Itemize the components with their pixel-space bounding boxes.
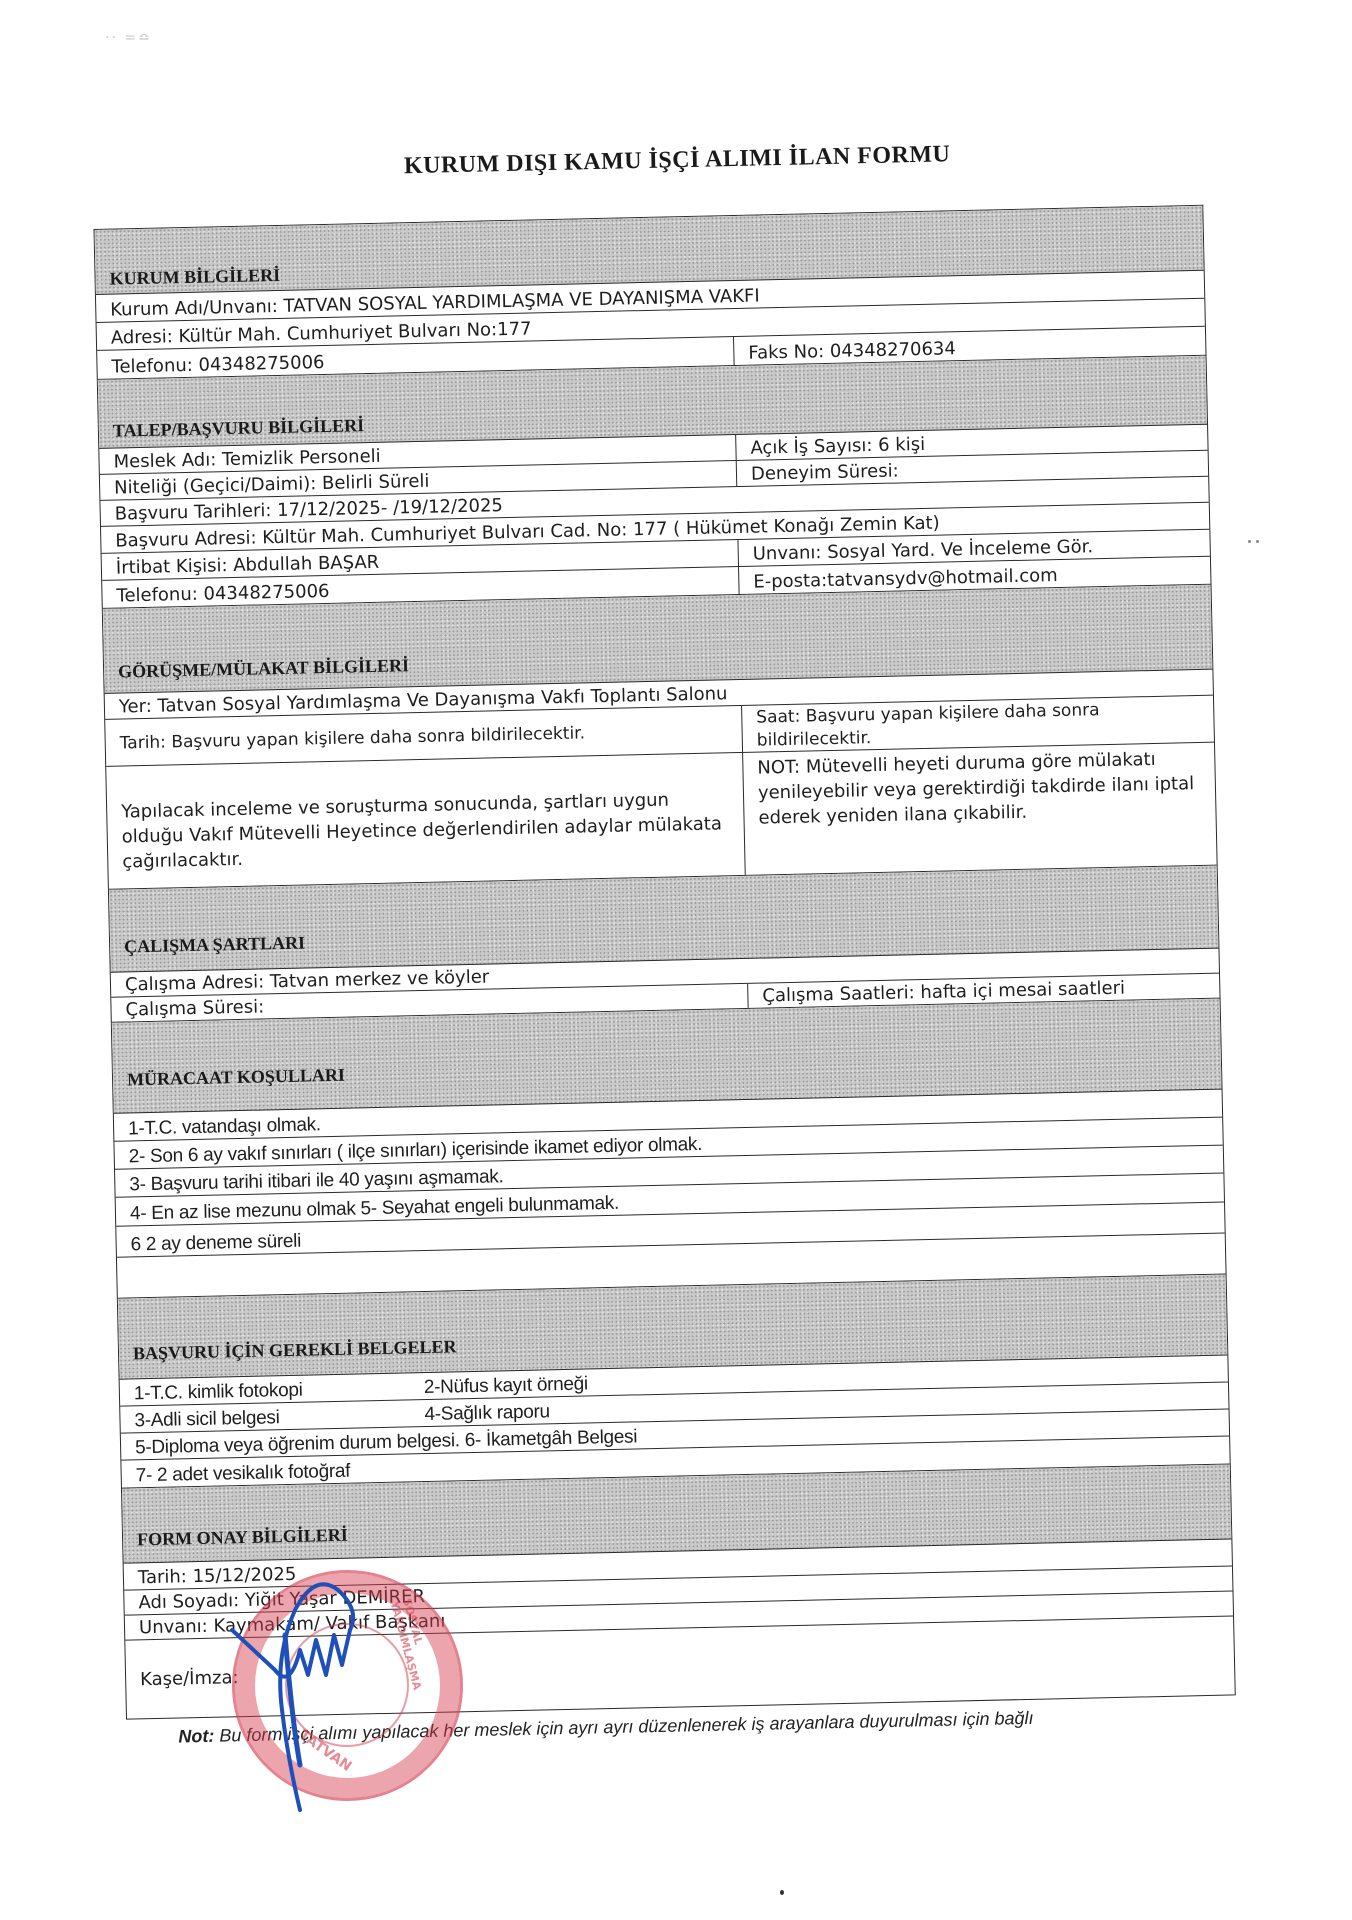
scan-speck [1256,540,1259,543]
scan-speck [1248,540,1251,543]
belge-item: 4-Sağlık raporu [424,1401,550,1426]
note-label: Not: [178,1726,214,1747]
inceleme-text: Yapılacak inceleme ve soruşturma sonucun… [106,753,746,889]
scan-artifact: ·· =≏ [105,30,152,46]
gorusme-info-row: Yapılacak inceleme ve soruşturma sonucun… [106,743,1216,890]
announcement-form: KURUM BİLGİLERİ Kurum Adı/Unvanı: TATVAN… [94,205,1236,1720]
form-page: KURUM DIŞI KAMU İŞÇİ ALIMI İLAN FORMU KU… [92,136,1236,1749]
mutevelli-notu: NOT: Mütevelli heyeti duruma göre mülaka… [743,743,1217,875]
form-title: KURUM DIŞI KAMU İŞÇİ ALIMI İLAN FORMU [92,136,1202,187]
belge-item: 2-Nüfus kayıt örneği [424,1373,588,1399]
scan-speck [780,1890,784,1895]
